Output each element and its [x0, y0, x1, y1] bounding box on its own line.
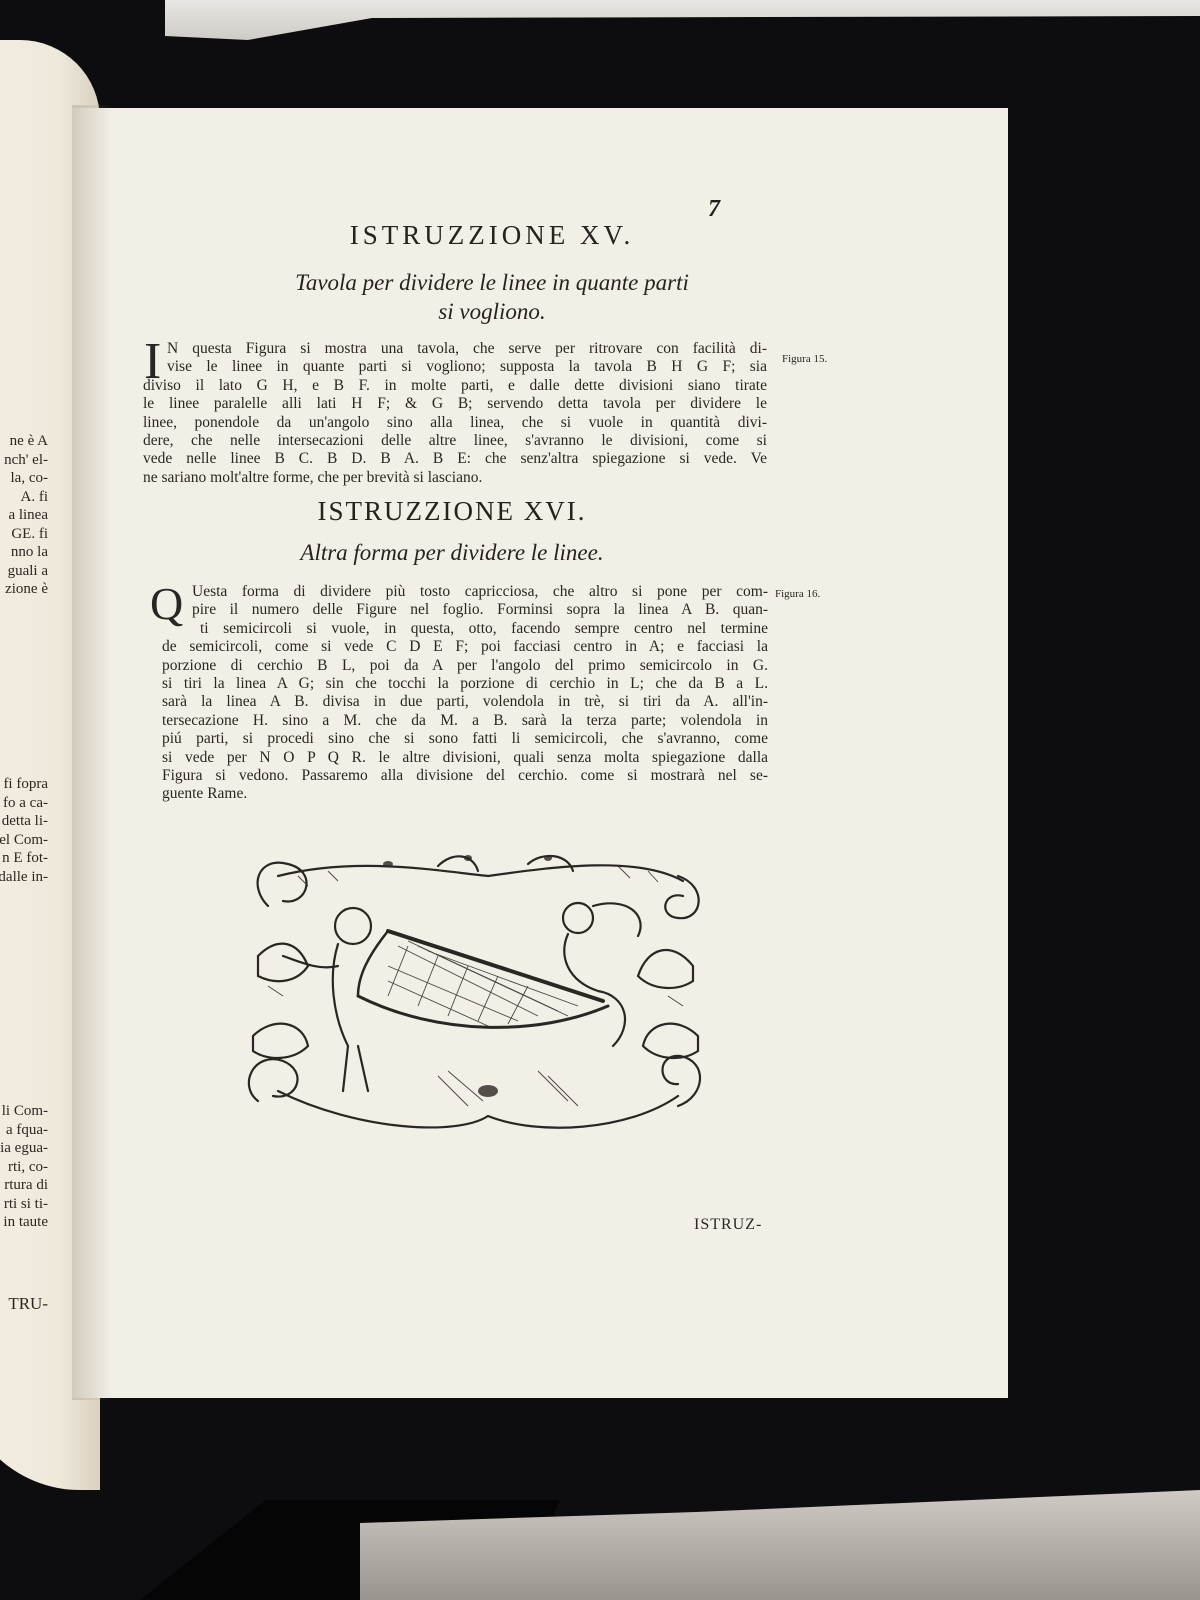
page-number: 7: [708, 196, 720, 223]
catchword: ISTRUZ-: [694, 1216, 762, 1234]
left-fragments-bottom: li Com-a fqua-Sia egua-rti, co-rtura dir…: [0, 1065, 48, 1269]
left-catchword: TRU-: [8, 1295, 48, 1314]
left-fragments-top: ne è Anch' el-la, co-A. fia lineaGE. fin…: [4, 395, 48, 636]
left-fragments-middle: fi foprafo a ca-detta li-el Com-n E fot-…: [0, 738, 48, 923]
drop-cap-q: Q: [150, 578, 183, 630]
paragraph-xvi: Uesta forma di dividere più tosto capric…: [192, 583, 768, 804]
background-fur-top: [165, 0, 1200, 40]
section-subheading-xv: Tavola per dividere le linee in quante p…: [112, 268, 872, 326]
section-heading-xvi: ISTRUZZIONE XVI.: [72, 496, 832, 527]
book-spine-shadow: [72, 105, 112, 1400]
paragraph-xv: N questa Figura si mostra una tavola, ch…: [167, 340, 767, 487]
margin-note-figura-16: Figura 16.: [775, 588, 820, 600]
baroque-woodcut-vignette-icon: [238, 846, 710, 1136]
right-page: 7 ISTRUZZIONE XV. Tavola per dividere le…: [72, 108, 1008, 1398]
section-subheading-xvi: Altra forma per dividere le linee.: [72, 538, 832, 567]
section-heading-xv: ISTRUZZIONE XV.: [112, 220, 872, 251]
margin-note-figura-15: Figura 15.: [782, 353, 827, 365]
